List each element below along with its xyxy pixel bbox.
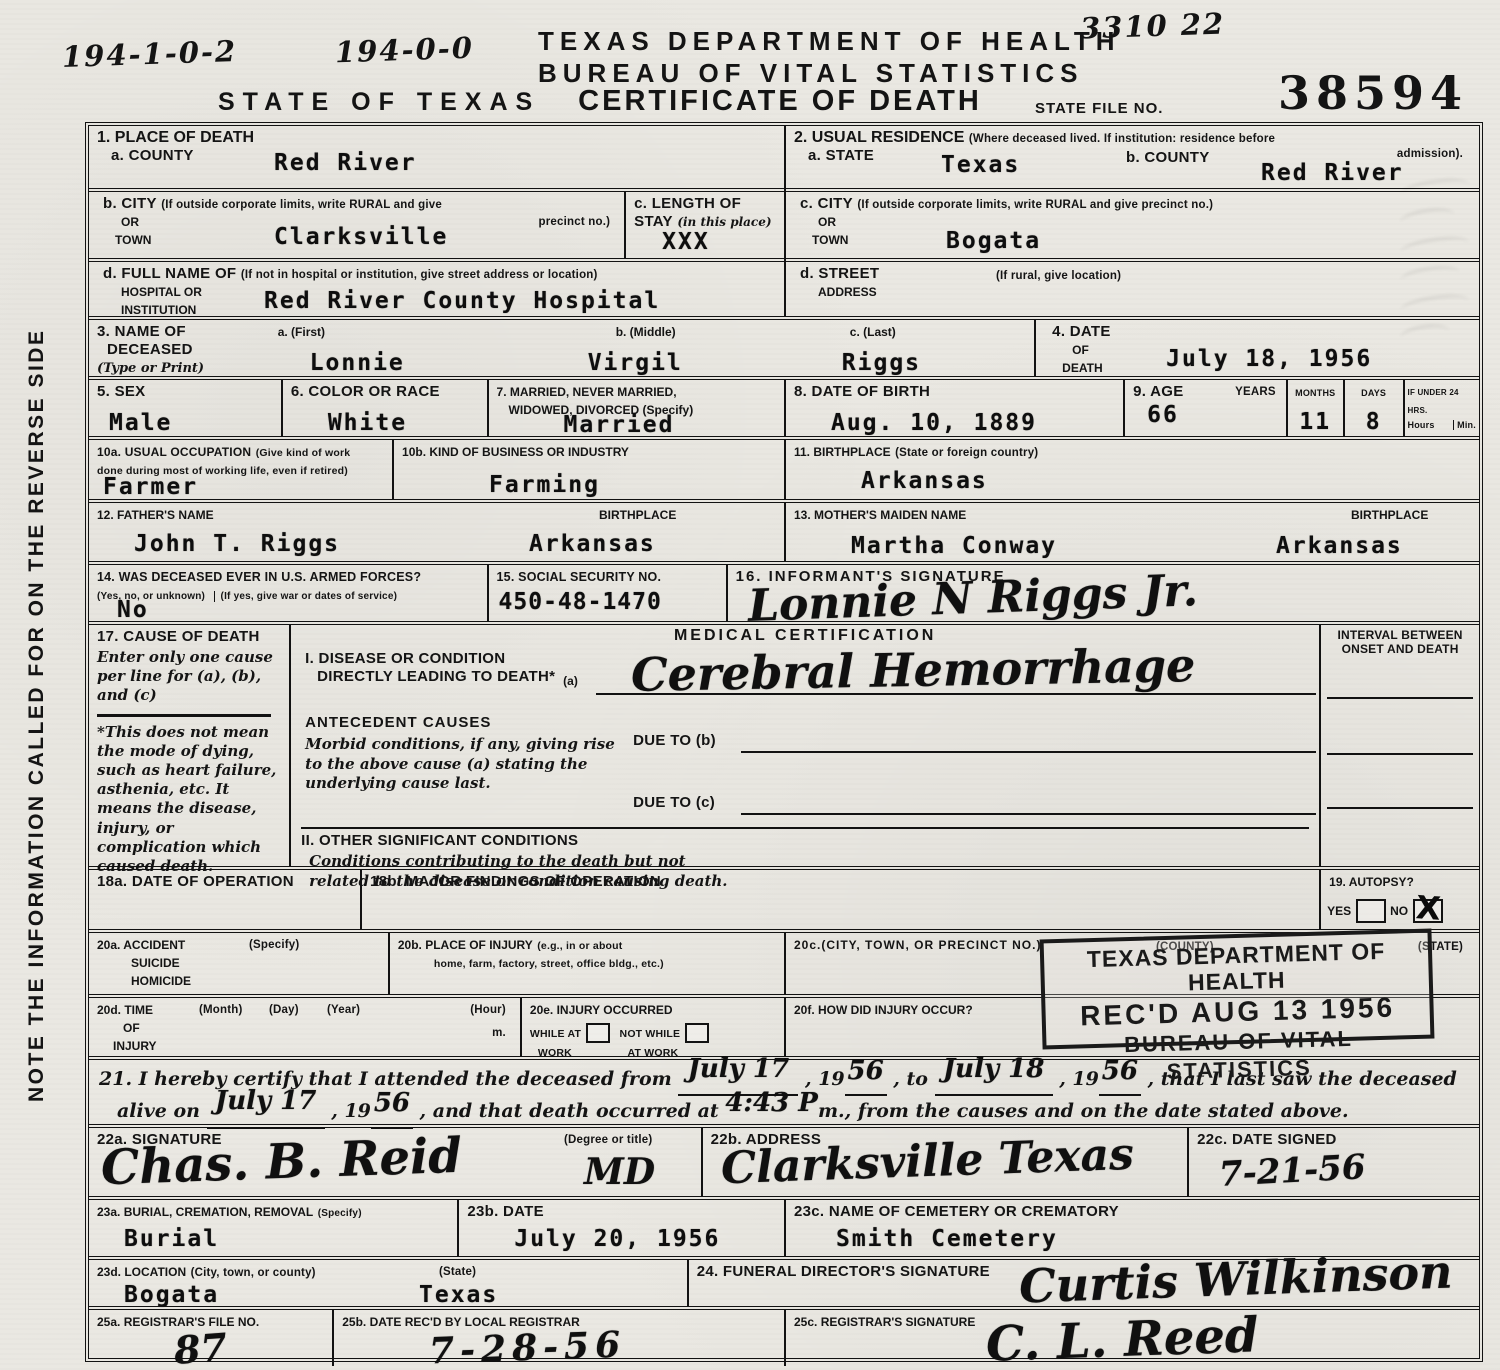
field-city: b. CITY (If outside corporate limits, wr… <box>89 192 624 258</box>
certificate-form: 1. PLACE OF DEATH a. COUNTY Red River b.… <box>85 122 1483 1362</box>
field-burial: 23a. BURIAL, CREMATION, REMOVAL (Specify… <box>89 1200 457 1256</box>
under-24-label: IF UNDER 24 HRS. <box>1408 388 1459 415</box>
row-physician: 22a. SIGNATURE (Degree or title) Chas. B… <box>89 1124 1479 1196</box>
antecedent-label: ANTECEDENT CAUSES <box>305 715 1309 732</box>
field-registrar-date: 25b. DATE REC'D BY LOCAL REGISTRAR 7-28-… <box>332 1310 784 1366</box>
field-age-years: 9. AGE YEARS 66 <box>1123 380 1286 436</box>
informant-signature: Lonnie N Riggs Jr. <box>747 569 1198 629</box>
cert-text-2: , 19 <box>805 1068 845 1090</box>
disease-label-2: DIRECTLY LEADING TO DEATH* <box>317 669 555 686</box>
age-years-label: YEARS <box>1235 386 1276 399</box>
armed-forces-value: No <box>117 599 149 622</box>
birthplace-note: (State or foreign country) <box>895 447 1038 459</box>
cause-of-death-sidebar: 17. CAUSE OF DEATH Enter only one cause … <box>89 625 289 866</box>
funeral-director-signature: Curtis Wilkinson <box>1018 1248 1453 1309</box>
field-state-county: 2. USUAL RESIDENCE (Where deceased lived… <box>786 126 1479 188</box>
field-place-of-injury: 20b. PLACE OF INJURY (e.g., in or about … <box>388 933 784 994</box>
interval-label-2: ONSET AND DEATH <box>1327 643 1473 657</box>
state-of-texas: STATE OF TEXAS <box>218 90 540 115</box>
row-place-residence: 1. PLACE OF DEATH a. COUNTY Red River b.… <box>89 126 1479 316</box>
length-of-stay-value: XXX <box>662 229 710 255</box>
father-birthplace-value: Arkansas <box>529 533 656 556</box>
field-registrar-file: 25a. REGISTRAR'S FILE NO. 87 <box>89 1310 332 1366</box>
mother-name-value: Martha Conway <box>851 535 1057 558</box>
cert-alive-year: 56 <box>374 1088 410 1118</box>
burial-date-label: 23b. DATE <box>467 1203 544 1220</box>
field-time-of-injury: 20d. TIME (Month) (Day) (Year) (Hour) OF… <box>89 998 520 1056</box>
degree-value: MD <box>584 1154 655 1190</box>
registrar-signature-value: C. L. Reed <box>985 1311 1259 1368</box>
field-autopsy: 19. AUTOPSY? YES NO X <box>1319 870 1479 929</box>
field-burial-date: 23b. DATE July 20, 1956 <box>457 1200 784 1256</box>
street-note: (If rural, give location) <box>996 270 1121 283</box>
occupation-label: 10a. USUAL OCCUPATION <box>97 445 251 459</box>
cause-note-1: Enter only one cause per line for (a), (… <box>97 648 281 706</box>
cemetery-value: Smith Cemetery <box>836 1228 1058 1251</box>
other-conditions-label: II. OTHER SIGNIFICANT CONDITIONS <box>301 832 578 849</box>
location-label: 23d. LOCATION <box>97 1265 186 1279</box>
cause-of-death-title: 17. CAUSE OF DEATH <box>97 628 260 645</box>
cert-text-7: , 19 <box>331 1100 371 1122</box>
interval-label-1: INTERVAL BETWEEN <box>1327 629 1473 643</box>
autopsy-no-label: NO <box>1390 904 1408 918</box>
burial-value: Burial <box>124 1228 219 1251</box>
month-label: (Month) <box>199 1004 243 1017</box>
ssn-label: 15. SOCIAL SECURITY NO. <box>497 570 662 584</box>
age-days-label: DAYS <box>1361 388 1386 398</box>
medical-certification: MEDICAL CERTIFICATION I. DISEASE OR COND… <box>289 625 1319 866</box>
street-label-1: d. STREET <box>800 265 879 282</box>
date-of-death-label-1: 4. DATE <box>1052 323 1111 340</box>
injury-city-label: 20c.(CITY, TOWN, OR PRECINCT NO.) <box>794 938 1041 952</box>
occupation-note-1: (Give kind of work <box>256 447 351 459</box>
field-date-signed: 22c. DATE SIGNED 7-21-56 <box>1187 1128 1479 1196</box>
death-certificate-scan: 194-1-0-2 194-0-0 3310 22 TEXAS DEPARTME… <box>0 0 1500 1370</box>
name-label-1: 3. NAME OF <box>97 323 186 340</box>
cert-text-6: alive on <box>117 1100 200 1122</box>
first-name-value: Lonnie <box>310 352 405 375</box>
armed-forces-label: 14. WAS DECEASED EVER IN U.S. ARMED FORC… <box>97 570 421 584</box>
location-note: (City, town, or county) <box>191 1267 316 1279</box>
department-title: TEXAS DEPARTMENT OF HEALTH <box>538 28 1038 54</box>
field-county: 1. PLACE OF DEATH a. COUNTY Red River <box>89 126 784 188</box>
physician-signature-value: Chas. B. Reid <box>100 1132 462 1193</box>
birthplace-value: Arkansas <box>861 470 988 493</box>
burial-specify-note: (Specify) <box>318 1208 362 1219</box>
field-birthplace: 11. BIRTHPLACE (State or foreign country… <box>784 440 1479 499</box>
cert-text-3: , to <box>893 1068 928 1090</box>
row-forces-ssn-informant: 14. WAS DECEASED EVER IN U.S. ARMED FORC… <box>89 561 1479 621</box>
field-sex: 5. SEX Male <box>89 380 281 436</box>
header: 194-1-0-2 194-0-0 3310 22 TEXAS DEPARTME… <box>0 0 1500 122</box>
city-value: Clarksville <box>274 226 448 249</box>
field-physician-signature: 22a. SIGNATURE (Degree or title) Chas. B… <box>89 1128 701 1196</box>
usual-residence-note-1: (Where deceased lived. If institution: r… <box>969 133 1275 145</box>
cert-to-date: July 18 <box>943 1054 1044 1084</box>
field-date-of-death: 4. DATE OF DEATH July 18, 1956 <box>1034 320 1479 376</box>
registrar-date-value: 7-28-56 <box>429 1327 627 1370</box>
city-note-1: (If outside corporate limits, write RURA… <box>161 199 442 211</box>
stamp-line-3: BUREAU OF VITAL STATISTICS <box>1056 1023 1421 1088</box>
field-age-days: DAYS 8 <box>1343 380 1403 436</box>
field-race: 6. COLOR OR RACE White <box>281 380 487 436</box>
time-of-injury-label-2: OF <box>123 1021 140 1035</box>
field-city-row: b. CITY (If outside corporate limits, wr… <box>89 188 784 258</box>
accident-specify-note: (Specify) <box>249 939 299 952</box>
location-value: Bogata <box>124 1284 219 1307</box>
degree-label: (Degree or title) <box>564 1134 652 1147</box>
middle-name-label: b. (Middle) <box>616 325 676 339</box>
res-city-or: OR <box>818 215 836 229</box>
accident-label-3: HOMICIDE <box>131 974 191 988</box>
field-industry: 10b. KIND OF BUSINESS OR INDUSTRY Farmin… <box>392 440 784 499</box>
res-state-label: a. STATE <box>808 147 874 164</box>
armed-forces-note-1: (Yes, no, or unknown) <box>97 591 205 602</box>
bureau-title: BUREAU OF VITAL STATISTICS <box>538 60 1038 86</box>
age-years-value: 66 <box>1147 404 1179 427</box>
cause-a-tag: (a) <box>563 675 578 688</box>
section-place-of-death: 1. PLACE OF DEATH a. COUNTY Red River b.… <box>89 126 784 316</box>
min-label: Min. <box>1453 420 1476 430</box>
field-burial-location: 23d. LOCATION (City, town, or county) (S… <box>89 1260 687 1306</box>
field-physician-address: 22b. ADDRESS Clarksville Texas <box>701 1128 1188 1196</box>
how-injury-label: 20f. HOW DID INJURY OCCUR? <box>794 1003 973 1017</box>
field-date-of-operation: 18a. DATE OF OPERATION <box>89 870 360 929</box>
field-occupation: 10a. USUAL OCCUPATION (Give kind of work… <box>89 440 392 499</box>
sex-label: 5. SEX <box>97 383 146 400</box>
industry-value: Farming <box>489 474 600 497</box>
usual-residence-title: 2. USUAL RESIDENCE <box>794 129 964 146</box>
middle-name-value: Virgil <box>588 352 683 375</box>
res-county-label: b. COUNTY <box>1126 150 1210 167</box>
row-sex-race-age: 5. SEX Male 6. COLOR OR RACE White 7. MA… <box>89 376 1479 436</box>
res-city-note: (If outside corporate limits, write RURA… <box>857 199 1213 211</box>
row-registrar: 25a. REGISTRAR'S FILE NO. 87 25b. DATE R… <box>89 1306 1479 1366</box>
interval-column: INTERVAL BETWEEN ONSET AND DEATH <box>1319 625 1479 866</box>
state-file-label: STATE FILE NO. <box>1035 100 1163 117</box>
field-under-24hrs: IF UNDER 24 HRS. Hours Min. <box>1403 380 1479 436</box>
race-value: White <box>328 412 407 435</box>
accident-label-1: 20a. ACCIDENT <box>97 938 185 952</box>
cert-text-1: 21. I hereby certify that I attended the… <box>99 1068 672 1090</box>
res-city-label: c. CITY <box>800 195 853 212</box>
morbid-note: Morbid conditions, if any, giving rise t… <box>305 735 625 793</box>
disease-label-1: I. DISEASE OR CONDITION <box>305 651 505 668</box>
place-of-injury-note-2: home, farm, factory, street, office bldg… <box>434 958 664 970</box>
cert-from-date: July 17 <box>688 1054 789 1084</box>
place-of-death-title: 1. PLACE OF DEATH <box>97 129 254 146</box>
cause-line-b: Morbid conditions, if any, giving rise t… <box>301 733 1309 795</box>
received-stamp: TEXAS DEPARTMENT OF HEALTH REC'D AUG 13 … <box>1040 929 1435 1050</box>
county-value: Red River <box>274 152 417 175</box>
age-months-label: MONTHS <box>1295 388 1335 398</box>
margin-note: NOTE THE INFORMATION CALLED FOR ON THE R… <box>26 307 47 1102</box>
burial-date-value: July 20, 1956 <box>514 1228 720 1251</box>
accident-label-2: SUICIDE <box>131 956 180 970</box>
certificate-title: CERTIFICATE OF DEATH <box>560 87 1000 116</box>
registrar-file-value: 87 <box>173 1328 228 1370</box>
date-of-operation-label: 18a. DATE OF OPERATION <box>97 873 294 890</box>
length-of-stay-label: c. LENGTH OF <box>634 195 741 212</box>
field-injury-occurred: 20e. INJURY OCCURRED WHILE AT WORK NOT W… <box>520 998 784 1056</box>
res-city-value: Bogata <box>946 230 1041 253</box>
row-parents: 12. FATHER'S NAME BIRTHPLACE John T. Rig… <box>89 499 1479 561</box>
place-of-injury-note-1: (e.g., in or about <box>537 940 622 952</box>
day-label: (Day) <box>269 1004 299 1017</box>
date-of-birth-value: Aug. 10, 1889 <box>831 412 1037 435</box>
field-marital: 7. MARRIED, NEVER MARRIED, WIDOWED, DIVO… <box>487 380 784 436</box>
cause-line-c: DUE TO (c) <box>301 795 1309 823</box>
state-file-number: 38594 <box>1278 70 1468 116</box>
date-of-death-value: July 18, 1956 <box>1166 348 1372 371</box>
handwritten-code-left-1: 194-1-0-2 <box>62 37 238 72</box>
field-length-of-stay: c. LENGTH OF STAY (in this place) XXX <box>624 192 784 258</box>
father-name-value: John T. Riggs <box>134 533 340 556</box>
registrar-signature-label: 25c. REGISTRAR'S SIGNATURE <box>794 1315 975 1329</box>
name-label-3: (Type or Print) <box>97 361 204 376</box>
year-label: (Year) <box>327 1004 360 1017</box>
section-usual-residence: 2. USUAL RESIDENCE (Where deceased lived… <box>784 126 1479 316</box>
street-label-2: ADDRESS <box>818 285 877 299</box>
date-signed-value: 7-21-56 <box>1218 1150 1366 1192</box>
cert-time-value: 4:43 P <box>725 1088 817 1118</box>
city-town: TOWN <box>115 233 151 247</box>
autopsy-label: 19. AUTOPSY? <box>1329 875 1414 889</box>
industry-label: 10b. KIND OF BUSINESS OR INDUSTRY <box>402 445 629 459</box>
due-to-b-label: DUE TO (b) <box>633 733 716 750</box>
autopsy-no-mark: X <box>1414 891 1441 925</box>
due-to-c-label: DUE TO (c) <box>633 795 715 812</box>
field-major-findings: 18b. MAJOR FINDINGS OF OPERATION <box>360 870 1319 929</box>
city-or: OR <box>121 215 139 229</box>
first-name-label: a. (First) <box>278 325 325 339</box>
occupation-value: Farmer <box>103 476 198 499</box>
cemetery-label: 23c. NAME OF CEMETERY OR CREMATORY <box>794 1203 1119 1220</box>
date-of-birth-label: 8. DATE OF BIRTH <box>794 383 930 400</box>
date-signed-label: 22c. DATE SIGNED <box>1197 1131 1337 1148</box>
place-of-injury-label: 20b. PLACE OF INJURY <box>398 938 533 952</box>
res-state-value: Texas <box>941 154 1020 177</box>
row-operation-autopsy: 18a. DATE OF OPERATION 18b. MAJOR FINDIN… <box>89 866 1479 929</box>
while-at-label: WHILE AT <box>530 1028 581 1040</box>
not-while-at-work-checkbox <box>685 1023 709 1043</box>
mother-name-label: 13. MOTHER'S MAIDEN NAME <box>794 508 966 522</box>
location-state-value: Texas <box>419 1284 498 1307</box>
field-ssn: 15. SOCIAL SECURITY NO. 450-48-1470 <box>487 565 726 621</box>
city-label: b. CITY <box>103 195 157 212</box>
field-res-city: c. CITY (If outside corporate limits, wr… <box>786 188 1479 258</box>
hours-label: Hours <box>1408 420 1454 430</box>
name-label-2: DECEASED <box>107 341 193 358</box>
field-accident-suicide: 20a. ACCIDENT (Specify) SUICIDE HOMICIDE <box>89 933 388 994</box>
age-days-value: 8 <box>1366 411 1382 434</box>
date-of-death-label-3: DEATH <box>1062 361 1102 375</box>
field-informant: 16. INFORMANT'S SIGNATURE Lonnie N Riggs… <box>726 565 1479 621</box>
usual-residence-note-2: admission). <box>1397 148 1463 161</box>
hospital-label-2: HOSPITAL OR <box>121 285 202 299</box>
row-name-date: 3. NAME OF DECEASED (Type or Print) a. (… <box>89 316 1479 376</box>
field-mother: 13. MOTHER'S MAIDEN NAME BIRTHPLACE Mart… <box>784 503 1479 561</box>
hour-label: (Hour) <box>470 1004 506 1017</box>
res-county-value: Red River <box>1261 162 1404 185</box>
ssn-value: 450-48-1470 <box>499 591 662 614</box>
race-label: 6. COLOR OR RACE <box>291 383 440 400</box>
field-age-months: MONTHS 11 <box>1286 380 1343 436</box>
length-of-stay-note: (in this place) <box>677 215 771 229</box>
armed-forces-note-2: (If yes, give war or dates of service) <box>214 591 398 602</box>
last-name-label: c. (Last) <box>850 325 896 339</box>
row-location-director: 23d. LOCATION (City, town, or county) (S… <box>89 1256 1479 1306</box>
sex-value: Male <box>109 412 172 435</box>
field-middle-name: b. (Middle) Virgil <box>548 320 812 376</box>
res-city-town: TOWN <box>812 233 848 247</box>
name-of-deceased-label: 3. NAME OF DECEASED (Type or Print) <box>89 320 270 376</box>
age-label: 9. AGE <box>1133 383 1183 400</box>
marital-label-1: 7. MARRIED, NEVER MARRIED, <box>497 385 677 399</box>
cert-text-9: m., from the causes and on the date stat… <box>818 1100 1349 1122</box>
cert-from-year: 56 <box>848 1056 884 1086</box>
mother-birthplace-label: BIRTHPLACE <box>1351 509 1428 522</box>
section-cause-of-death: 17. CAUSE OF DEATH Enter only one cause … <box>89 621 1479 866</box>
field-hospital: d. FULL NAME OF (If not in hospital or i… <box>89 258 784 316</box>
date-of-death-label-2: OF <box>1072 343 1089 357</box>
not-while-label: NOT WHILE <box>620 1028 681 1040</box>
physician-address-value: Clarksville Texas <box>720 1133 1134 1191</box>
row-burial: 23a. BURIAL, CREMATION, REMOVAL (Specify… <box>89 1196 1479 1256</box>
city-note-2: precinct no.) <box>539 216 611 229</box>
hospital-note: (If not in hospital or institution, give… <box>241 269 598 281</box>
cert-text-8: , and that death occurred at <box>420 1100 719 1122</box>
field-last-name: c. (Last) Riggs <box>812 320 1034 376</box>
mother-birthplace-value: Arkansas <box>1276 535 1403 558</box>
father-birthplace-label: BIRTHPLACE <box>599 509 676 522</box>
field-father: 12. FATHER'S NAME BIRTHPLACE John T. Rig… <box>89 503 784 561</box>
cause-a-value: Cerebral Hemorrhage <box>631 642 1196 698</box>
major-findings-label: 18b. MAJOR FINDINGS OF OPERATION <box>370 873 661 890</box>
hospital-label-3: INSTITUTION <box>121 303 196 317</box>
field-funeral-director: 24. FUNERAL DIRECTOR'S SIGNATURE Curtis … <box>687 1260 1479 1306</box>
injury-occurred-label: 20e. INJURY OCCURRED <box>530 1003 673 1017</box>
location-state-label: (State) <box>439 1266 476 1279</box>
last-name-value: Riggs <box>842 352 921 375</box>
field-armed-forces: 14. WAS DECEASED EVER IN U.S. ARMED FORC… <box>89 565 487 621</box>
hospital-label-1: d. FULL NAME OF <box>103 265 236 282</box>
while-at-work-checkbox <box>586 1023 610 1043</box>
field-registrar-signature: 25c. REGISTRAR'S SIGNATURE C. L. Reed <box>784 1310 1479 1366</box>
field-first-name: a. (First) Lonnie <box>270 320 548 376</box>
field-date-of-birth: 8. DATE OF BIRTH Aug. 10, 1889 <box>784 380 1123 436</box>
time-of-injury-label-3: INJURY <box>113 1039 157 1053</box>
autopsy-yes-label: YES <box>1327 904 1351 918</box>
meridiem-label: m. <box>492 1027 506 1040</box>
row-occupation: 10a. USUAL OCCUPATION (Give kind of work… <box>89 436 1479 499</box>
field-street-address: d. STREET (If rural, give location) ADDR… <box>786 258 1479 316</box>
hospital-value: Red River County Hospital <box>264 290 660 313</box>
marital-value: Married <box>564 414 675 437</box>
age-months-value: 11 <box>1299 411 1331 434</box>
county-label: a. COUNTY <box>111 147 194 164</box>
autopsy-no-checkbox: X <box>1413 899 1443 923</box>
cause-line-a: I. DISEASE OR CONDITION DIRECTLY LEADING… <box>301 645 1309 711</box>
funeral-director-label: 24. FUNERAL DIRECTOR'S SIGNATURE <box>697 1263 990 1280</box>
father-name-label: 12. FATHER'S NAME <box>97 508 214 522</box>
cause-note-2: *This does not mean the mode of dying, s… <box>97 723 281 877</box>
birthplace-label: 11. BIRTHPLACE <box>794 445 891 459</box>
handwritten-code-left-2: 194-0-0 <box>335 34 475 68</box>
autopsy-yes-checkbox <box>1356 899 1386 923</box>
cert-alive-date: July 17 <box>215 1086 316 1116</box>
length-of-stay-label2: STAY <box>634 213 673 230</box>
time-of-injury-label-1: 20d. TIME <box>97 1003 153 1017</box>
burial-label: 23a. BURIAL, CREMATION, REMOVAL <box>97 1205 313 1219</box>
